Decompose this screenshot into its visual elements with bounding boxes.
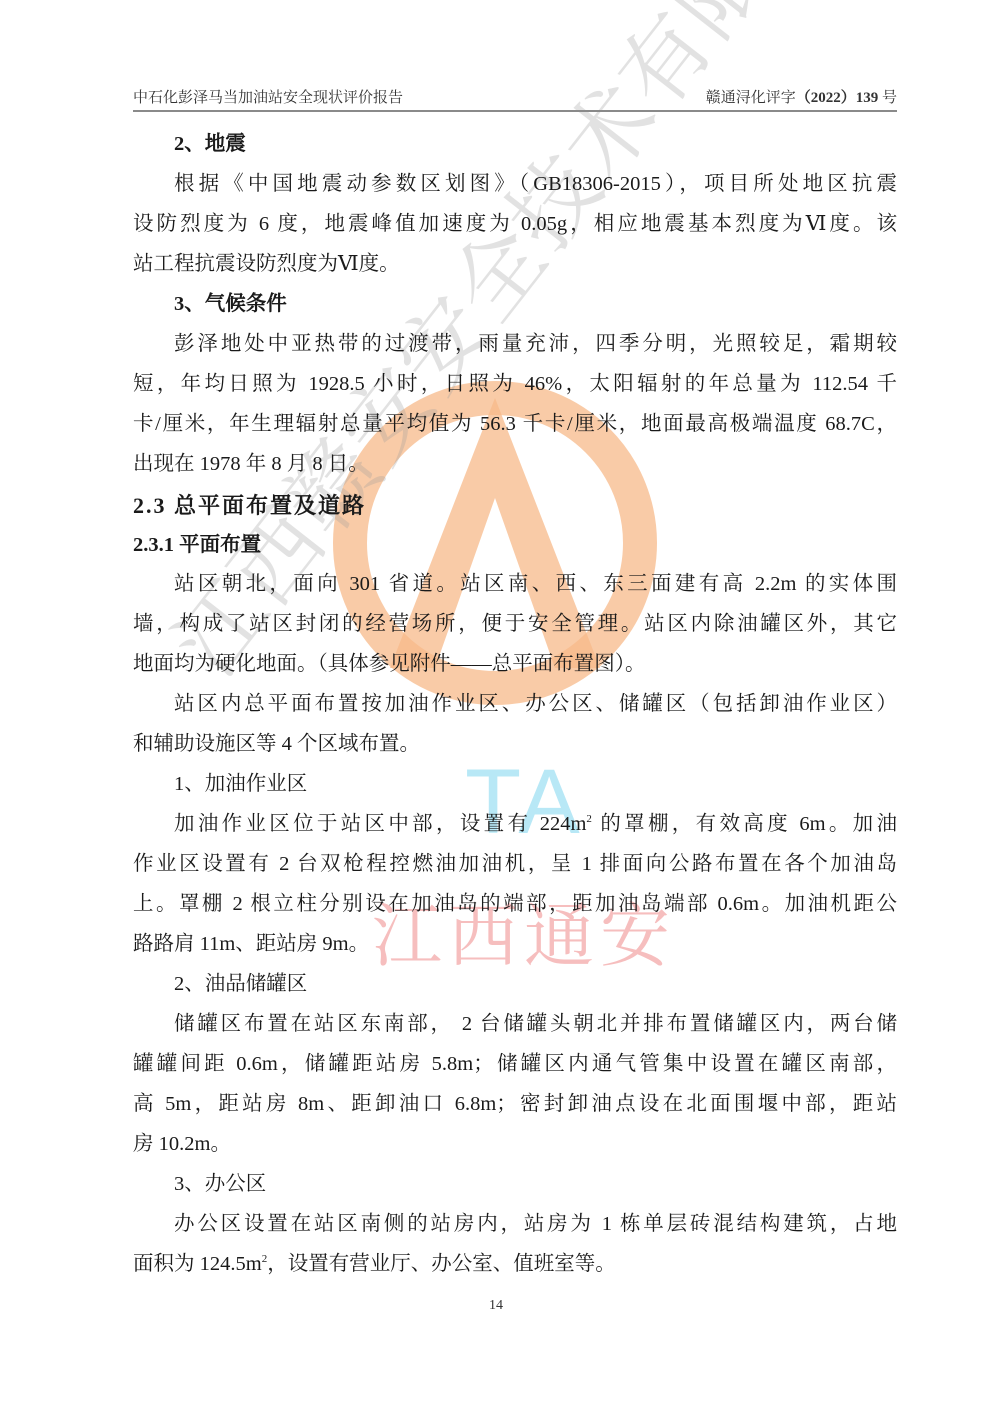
text-fragment: ，设置有营业厅、办公室、值班室等。 xyxy=(267,1253,616,1275)
document-number: 赣通浔化评字（2022）139 号 xyxy=(706,86,897,107)
heading-climate: 3、气候条件 xyxy=(133,284,897,324)
zone-title-tanks: 2、油品储罐区 xyxy=(133,964,897,1004)
paragraph-line: 办公区设置在站区南侧的站房内，站房为 1 栋单层砖混结构建筑，占地 xyxy=(133,1204,897,1244)
paragraph-line: 储罐区布置在站区东南部， 2 台储罐头朝北并排布置储罐区内，两台储 xyxy=(133,1004,897,1044)
paragraph-line: 卡/厘米，年生理辐射总量平均值为 56.3 千卡/厘米，地面最高极端温度 68.… xyxy=(133,404,897,444)
text-fragment: 的罩棚，有效高度 6m。加油 xyxy=(592,813,897,835)
section-heading-layout: 2.3 总平面布置及道路 xyxy=(133,484,897,526)
paragraph-line: 地面均为硬化地面。（具体参见附件——总平面布置图）。 xyxy=(133,644,897,684)
paragraph-line: 作业区设置有 2 台双枪程控燃油加油机，呈 1 排面向公路布置在各个加油岛 xyxy=(133,844,897,884)
paragraph-line: 面积为 124.5m2，设置有营业厅、办公室、值班室等。 xyxy=(133,1244,897,1284)
subsection-heading-plan: 2.3.1 平面布置 xyxy=(133,526,897,564)
paragraph-line: 上。罩棚 2 根立柱分别设在加油岛的端部，距加油岛端部 0.6m。加油机距公 xyxy=(133,884,897,924)
paragraph-line: 短，年均日照为 1928.5 小时，日照为 46%，太阳辐射的年总量为 112.… xyxy=(133,364,897,404)
heading-earthquake: 2、地震 xyxy=(133,124,897,164)
report-title: 中石化彭泽马当加油站安全现状评价报告 xyxy=(133,86,403,107)
doc-number-year: （2022） xyxy=(796,90,856,106)
zone-title-office: 3、办公区 xyxy=(133,1164,897,1204)
paragraph-line: 罐罐间距 0.6m，储罐距站房 5.8m；储罐区内通气管集中设置在罐区南部， xyxy=(133,1044,897,1084)
paragraph-line: 设防烈度为 6 度，地震峰值加速度为 0.05g，相应地震基本烈度为Ⅵ度。该 xyxy=(133,204,897,244)
header-divider xyxy=(133,110,897,112)
page-number: 14 xyxy=(0,1298,992,1314)
zone-title-fueling: 1、加油作业区 xyxy=(133,764,897,804)
paragraph-line: 出现在 1978 年 8 月 8 日。 xyxy=(133,444,897,484)
doc-number-prefix: 赣通浔化评字 xyxy=(706,90,796,106)
paragraph-line: 和辅助设施区等 4 个区域布置。 xyxy=(133,724,897,764)
paragraph-line: 站区内总平面布置按加油作业区、办公区、储罐区（包括卸油作业区） xyxy=(133,684,897,724)
paragraph-line: 墙，构成了站区封闭的经营场所，便于安全管理。站区内除油罐区外，其它 xyxy=(133,604,897,644)
doc-number-unit: 号 xyxy=(882,90,897,106)
paragraph-line: 站区朝北，面向 301 省道。站区南、西、东三面建有高 2.2m 的实体围 xyxy=(133,564,897,604)
paragraph-line: 路路肩 11m、距站房 9m。 xyxy=(133,924,897,964)
page-header: 中石化彭泽马当加油站安全现状评价报告 赣通浔化评字（2022）139 号 xyxy=(133,86,897,110)
doc-number-suffix: 139 xyxy=(856,90,879,106)
paragraph-line: 高 5m，距站房 8m、距卸油口 6.8m；密封卸油点设在北面围堰中部，距站 xyxy=(133,1084,897,1124)
text-fragment: 加油作业区位于站区中部，设置有 224m xyxy=(174,813,586,835)
paragraph-line: 站工程抗震设防烈度为Ⅵ度。 xyxy=(133,244,897,284)
paragraph-line: 根据《中国地震动参数区划图》（GB18306-2015），项目所处地区抗震 xyxy=(133,164,897,204)
document-body: 2、地震 根据《中国地震动参数区划图》（GB18306-2015），项目所处地区… xyxy=(133,124,897,1284)
paragraph-line: 彭泽地处中亚热带的过渡带，雨量充沛，四季分明，光照较足，霜期较 xyxy=(133,324,897,364)
paragraph-line: 房 10.2m。 xyxy=(133,1124,897,1164)
paragraph-line: 加油作业区位于站区中部，设置有 224m2 的罩棚，有效高度 6m。加油 xyxy=(133,804,897,844)
text-fragment: 面积为 124.5m xyxy=(133,1253,262,1275)
